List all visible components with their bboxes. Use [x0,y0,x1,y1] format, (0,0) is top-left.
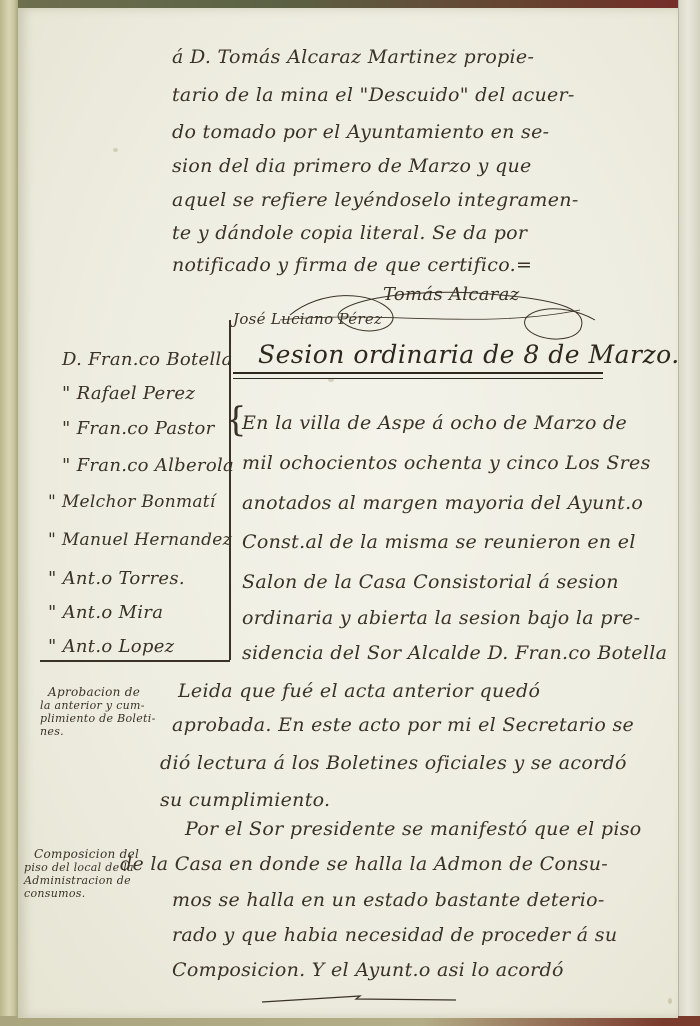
text-line: do tomado por el Ayuntamiento en se- [172,121,549,143]
margin-divider [229,320,231,660]
text-line: aquel se refiere leyéndoselo integramen- [172,189,579,211]
attendee-name: D. Fran.co Botella [62,349,233,370]
text-line: de la Casa en donde se halla la Admon de… [120,853,608,875]
text-line: rado y que habia necesidad de proceder á… [172,924,617,946]
text-line: mil ochocientos ochenta y cinco Los Sres [242,452,651,474]
text-line: ordinaria y abierta la sesion bajo la pr… [242,607,640,629]
attendee-name: " Melchor Bonmatí [48,492,216,512]
paper-stain [113,148,118,152]
attendee-name: " Ant.o Lopez [48,636,174,657]
text-line: anotados al margen mayoria del Ayunt.o [242,492,643,514]
attendee-name: " Fran.co Pastor [62,418,215,439]
text-line: Salon de la Casa Consistorial á sesion [242,571,619,593]
margin-note-line: nes. [40,725,170,738]
text-line: mos se halla en un estado bastante deter… [172,889,605,911]
text-line: Const.al de la misma se reunieron en el [242,531,636,553]
text-line: Leida que fué el acta anterior quedó [178,680,540,702]
attendee-name: " Ant.o Torres. [48,568,185,589]
closing-flourish-icon [260,992,460,1004]
text-line: notificado y firma de que certifico.= [172,254,532,276]
text-line: á D. Tomás Alcaraz Martinez propie- [172,46,534,68]
attendee-list-divider [40,660,230,662]
attendee-name: " Ant.o Mira [48,602,163,623]
margin-note-line: consumos. [24,887,174,900]
text-line: dió lectura á los Boletines oficiales y … [160,752,627,774]
margin-note-line: plimiento de Boleti- [40,712,170,725]
title-underline [233,372,603,379]
attendee-name: " Rafael Perez [62,383,195,404]
paper-stain [668,998,672,1004]
text-line: Por el Sor presidente se manifestó que e… [185,818,642,840]
text-line: En la villa de Aspe á ocho de Marzo de [242,412,627,434]
text-line: Composicion. Y el Ayunt.o asi lo acordó [172,959,564,981]
text-line: aprobada. En este acto por mi el Secreta… [172,714,634,736]
margin-note-line: Administracion de [24,874,174,887]
text-line: su cumplimiento. [160,789,330,811]
text-line: tario de la mina el "Descuido" del acuer… [172,84,575,106]
text-line: sidencia del Sor Alcalde D. Fran.co Bote… [242,642,667,664]
book-edge-right [678,0,700,1026]
book-edge-left [0,0,18,1026]
margin-note-line: la anterior y cum- [40,699,170,712]
margin-note-line: Aprobacion de [40,686,170,699]
text-line: sion del dia primero de Marzo y que [172,155,532,177]
attendee-name: " Manuel Hernandez [48,530,232,550]
session-title: Sesion ordinaria de 8 de Marzo. [258,340,680,369]
text-line: te y dándole copia literal. Se da por [172,222,527,244]
attendee-name: " Fran.co Alberola [62,455,234,476]
margin-note-approval: Aprobacion de la anterior y cum- plimien… [40,686,170,738]
